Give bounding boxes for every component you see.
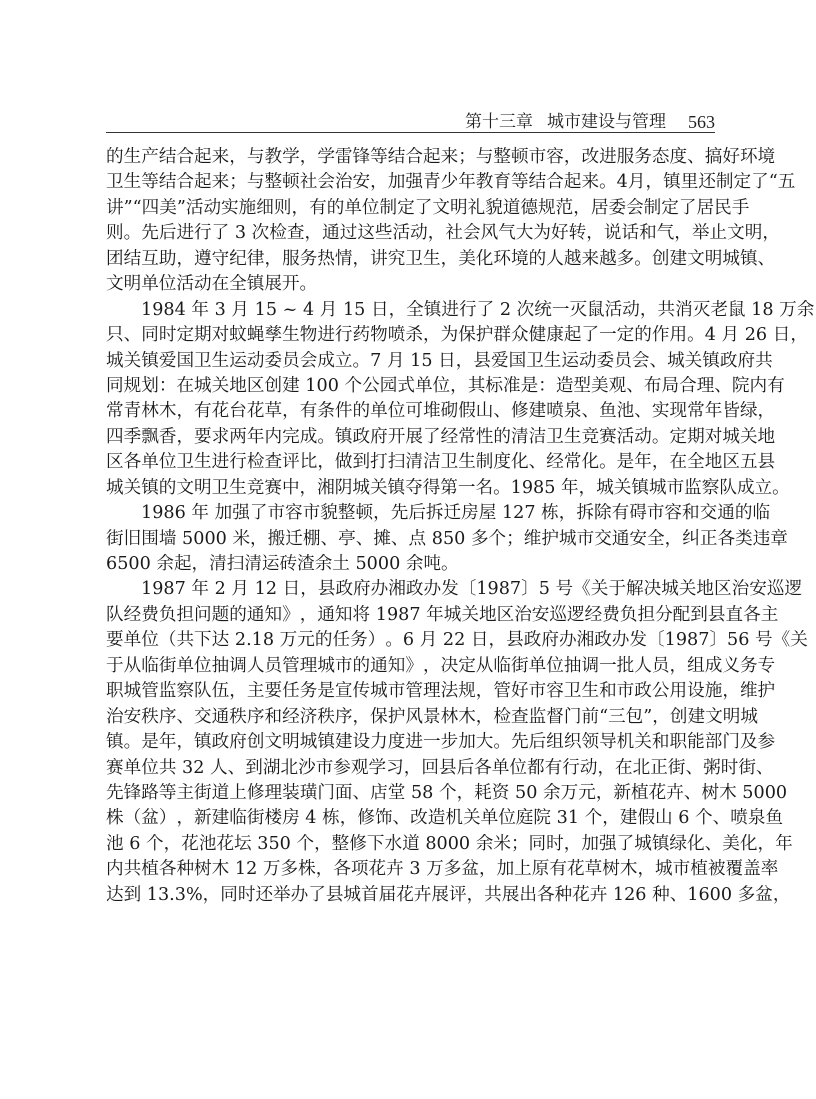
text-line: 达到 13.3%，同时还举办了县城首届花卉展评，共展出各种花卉 126 种、16… — [106, 883, 714, 908]
text-line: 1984 年 3 月 15 ~ 4 月 15 日，全镇进行了 2 次统一灭鼠活动… — [106, 298, 714, 323]
text-line: 文明单位活动在全镇展开。 — [106, 272, 714, 297]
text-line: 要单位（共下达 2.18 万元的任务）。6 月 22 日，县政府办湘政办发〔19… — [106, 628, 714, 653]
paragraph: 的生产结合起来，与教学，学雷锋等结合起来；与整顿市容，改进服务态度、搞好环境卫生… — [106, 145, 714, 298]
text-line: 同规划：在城关地区创建 100 个公园式单位，其标准是：造型美观、布局合理、院内… — [106, 374, 714, 399]
text-line: 四季飘香，要求两年内完成。镇政府开展了经常性的清洁卫生竞赛活动。定期对城关地 — [106, 425, 714, 450]
text-line: 则。先后进行了 3 次检查，通过这些活动，社会风气大为好转，说话和气，举止文明， — [106, 221, 714, 246]
text-line: 职城管监察队伍，主要任务是宣传城市管理法规，管好市容卫生和市政公用设施，维护 — [106, 679, 714, 704]
text-line: 于从临街单位抽调人员管理城市的通知》，决定从临街单位抽调一批人员，组成义务专 — [106, 654, 714, 679]
text-line: 城关镇爱国卫生运动委员会成立。7 月 15 日，县爱国卫生运动委员会、城关镇政府… — [106, 349, 714, 374]
text-line: 卫生等结合起来；与整顿社会治安，加强青少年教育等结合起来。4月，镇里还制定了“五 — [106, 170, 714, 195]
text-line: 池 6 个，花池花坛 350 个，整修下水道 8000 余米；同时，加强了城镇绿… — [106, 832, 714, 857]
chapter-title: 城市建设与管理 — [547, 112, 666, 132]
text-line: 讲”“四美”活动实施细则，有的单位制定了文明礼貌道德规范，居委会制定了居民手 — [106, 196, 714, 221]
chapter-label: 第十三章 — [465, 112, 533, 132]
text-line: 只、同时定期对蚊蝇孳生物进行药物喷杀，为保护群众健康起了一定的作用。4 月 26… — [106, 323, 714, 348]
paragraph: 1987 年 2 月 12 日，县政府办湘政办发〔1987〕5 号《关于解决城关… — [106, 577, 714, 908]
paragraph: 1984 年 3 月 15 ~ 4 月 15 日，全镇进行了 2 次统一灭鼠活动… — [106, 298, 714, 502]
running-head: 第十三章 城市建设与管理 563 — [106, 108, 715, 132]
paragraph: 1986 年 加强了市容市貌整顿，先后拆迁房屋 127 栋，拆除有碍市容和交通的… — [106, 501, 714, 577]
text-line: 赛单位共 32 人、到湖北沙市参观学习，回县后各单位都有行动，在北正街、粥时街、 — [106, 756, 714, 781]
text-line: 治安秩序、交通秩序和经济秩序，保护风景林木，检查监督门前“三包”，创建文明城 — [106, 705, 714, 730]
text-line: 队经费负担问题的通知》，通知将 1987 年城关地区治安巡逻经费负担分配到县直各… — [106, 603, 714, 628]
text-line: 常青林木，有花台花草，有条件的单位可堆砌假山、修建喷泉、鱼池、实现常年皆绿， — [106, 399, 714, 424]
text-line: 先锋路等主街道上修理装璜门面、店堂 58 个，耗资 50 余万元，新植花卉、树木… — [106, 781, 714, 806]
text-line: 镇。是年，镇政府创文明城镇建设力度进一步加大。先后组织领导机关和职能部门及参 — [106, 730, 714, 755]
text-line: 城关镇的文明卫生竞赛中，湘阴城关镇夺得第一名。1985 年，城关镇城市监察队成立… — [106, 476, 714, 501]
text-line: 内共植各种树木 12 万多株，各项花卉 3 万多盆，加上原有花草树木，城市植被覆… — [106, 857, 714, 882]
text-line: 街旧围墙 5000 米，搬迁棚、亭、摊、点 850 多个；维护城市交通安全，纠正… — [106, 527, 714, 552]
text-line: 1986 年 加强了市容市貌整顿，先后拆迁房屋 127 栋，拆除有碍市容和交通的… — [106, 501, 714, 526]
text-line: 团结互助，遵守纪律，服务热情，讲究卫生，美化环境的人越来越多。创建文明城镇、 — [106, 247, 714, 272]
text-line: 株（盆），新建临街楼房 4 栋，修饰、改造机关单位庭院 31 个，建假山 6 个… — [106, 806, 714, 831]
body-text: 的生产结合起来，与教学，学雷锋等结合起来；与整顿市容，改进服务态度、搞好环境卫生… — [106, 145, 714, 908]
header-rule — [106, 132, 715, 133]
text-line: 6500 余起，清扫清运砖渣余土 5000 余吨。 — [106, 552, 714, 577]
text-line: 区各单位卫生进行检查评比，做到打扫清洁卫生制度化、经常化。是年，在全地区五县 — [106, 450, 714, 475]
page-number: 563 — [688, 112, 715, 132]
text-line: 的生产结合起来，与教学，学雷锋等结合起来；与整顿市容，改进服务态度、搞好环境 — [106, 145, 714, 170]
book-page: 第十三章 城市建设与管理 563 的生产结合起来，与教学，学雷锋等结合起来；与整… — [0, 0, 816, 1099]
text-line: 1987 年 2 月 12 日，县政府办湘政办发〔1987〕5 号《关于解决城关… — [106, 577, 714, 602]
